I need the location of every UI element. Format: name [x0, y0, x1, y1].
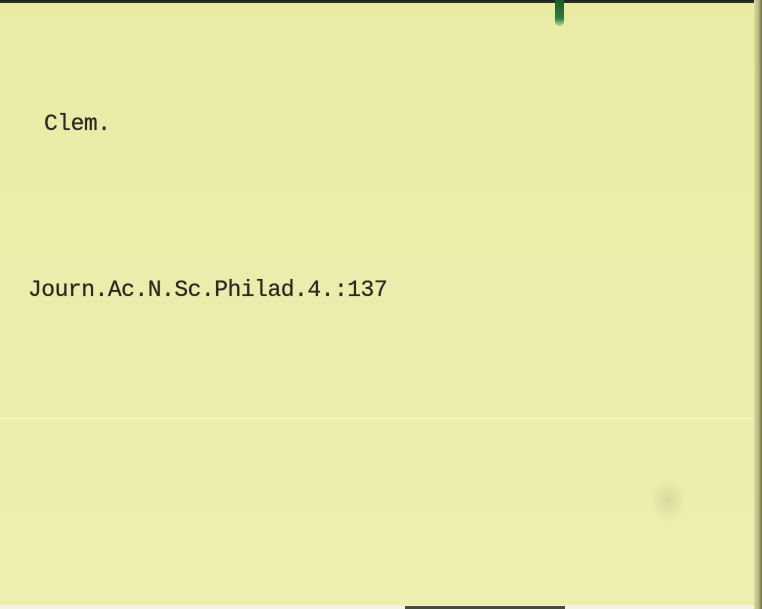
card-crease: [0, 418, 756, 419]
scan-right-edge: [754, 0, 762, 609]
green-tab-marker-icon: [555, 0, 564, 26]
author-abbreviation: Clem.: [44, 111, 111, 137]
index-card: Clem. Journ.Ac.N.Sc.Philad.4.:137: [0, 3, 756, 605]
scanned-index-card: Clem. Journ.Ac.N.Sc.Philad.4.:137: [0, 0, 762, 609]
journal-citation: Journ.Ac.N.Sc.Philad.4.:137: [28, 277, 387, 303]
